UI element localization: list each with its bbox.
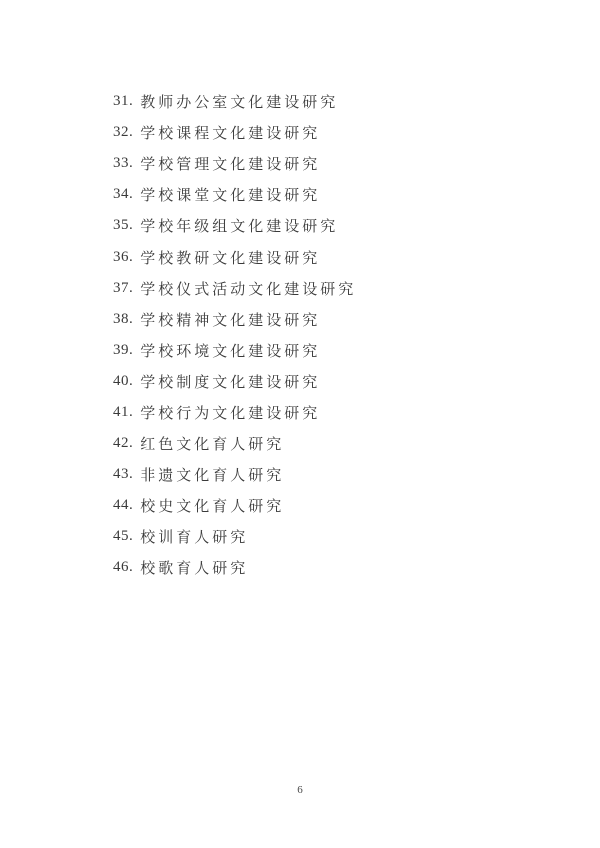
item-text: 学校管理文化建设研究 [140, 153, 320, 174]
item-text: 学校课堂文化建设研究 [140, 184, 320, 205]
item-number: 43. [113, 466, 133, 483]
item-number: 46. [113, 559, 133, 576]
list-item: 44.校史文化育人研究 [113, 490, 356, 521]
item-text: 学校行为文化建设研究 [140, 402, 320, 423]
list-item: 36.学校教研文化建设研究 [113, 241, 356, 272]
list-item: 33.学校管理文化建设研究 [113, 148, 356, 179]
research-topic-list: 31.教师办公室文化建设研究32.学校课程文化建设研究33.学校管理文化建设研究… [113, 86, 356, 584]
item-text: 校史文化育人研究 [140, 495, 284, 516]
list-item: 31.教师办公室文化建设研究 [113, 86, 356, 117]
item-text: 非遗文化育人研究 [140, 464, 284, 485]
list-item: 40.学校制度文化建设研究 [113, 366, 356, 397]
item-text: 学校年级组文化建设研究 [140, 215, 338, 236]
item-number: 36. [113, 249, 133, 266]
item-number: 33. [113, 155, 133, 172]
document-page: 31.教师办公室文化建设研究32.学校课程文化建设研究33.学校管理文化建设研究… [0, 0, 600, 848]
list-item: 38.学校精神文化建设研究 [113, 304, 356, 335]
item-number: 35. [113, 217, 133, 234]
list-item: 42.红色文化育人研究 [113, 428, 356, 459]
item-text: 学校精神文化建设研究 [140, 309, 320, 330]
list-item: 35.学校年级组文化建设研究 [113, 210, 356, 241]
list-item: 43.非遗文化育人研究 [113, 459, 356, 490]
item-text: 学校课程文化建设研究 [140, 122, 320, 143]
list-item: 46.校歌育人研究 [113, 552, 356, 583]
item-text: 学校教研文化建设研究 [140, 247, 320, 268]
item-text: 校歌育人研究 [140, 557, 248, 578]
item-number: 34. [113, 186, 133, 203]
item-number: 44. [113, 497, 133, 514]
item-text: 学校制度文化建设研究 [140, 371, 320, 392]
item-number: 32. [113, 124, 133, 141]
list-item: 39.学校环境文化建设研究 [113, 335, 356, 366]
item-text: 学校环境文化建设研究 [140, 340, 320, 361]
item-number: 31. [113, 93, 133, 110]
item-number: 42. [113, 435, 133, 452]
list-item: 45.校训育人研究 [113, 521, 356, 552]
page-number: 6 [0, 784, 600, 796]
list-item: 34.学校课堂文化建设研究 [113, 179, 356, 210]
item-number: 37. [113, 280, 133, 297]
item-number: 45. [113, 528, 133, 545]
item-number: 41. [113, 404, 133, 421]
list-item: 37.学校仪式活动文化建设研究 [113, 273, 356, 304]
list-item: 41.学校行为文化建设研究 [113, 397, 356, 428]
item-number: 39. [113, 342, 133, 359]
item-number: 38. [113, 311, 133, 328]
item-text: 教师办公室文化建设研究 [140, 91, 338, 112]
item-text: 校训育人研究 [140, 526, 248, 547]
list-item: 32.学校课程文化建设研究 [113, 117, 356, 148]
item-number: 40. [113, 373, 133, 390]
item-text: 学校仪式活动文化建设研究 [140, 278, 356, 299]
item-text: 红色文化育人研究 [140, 433, 284, 454]
